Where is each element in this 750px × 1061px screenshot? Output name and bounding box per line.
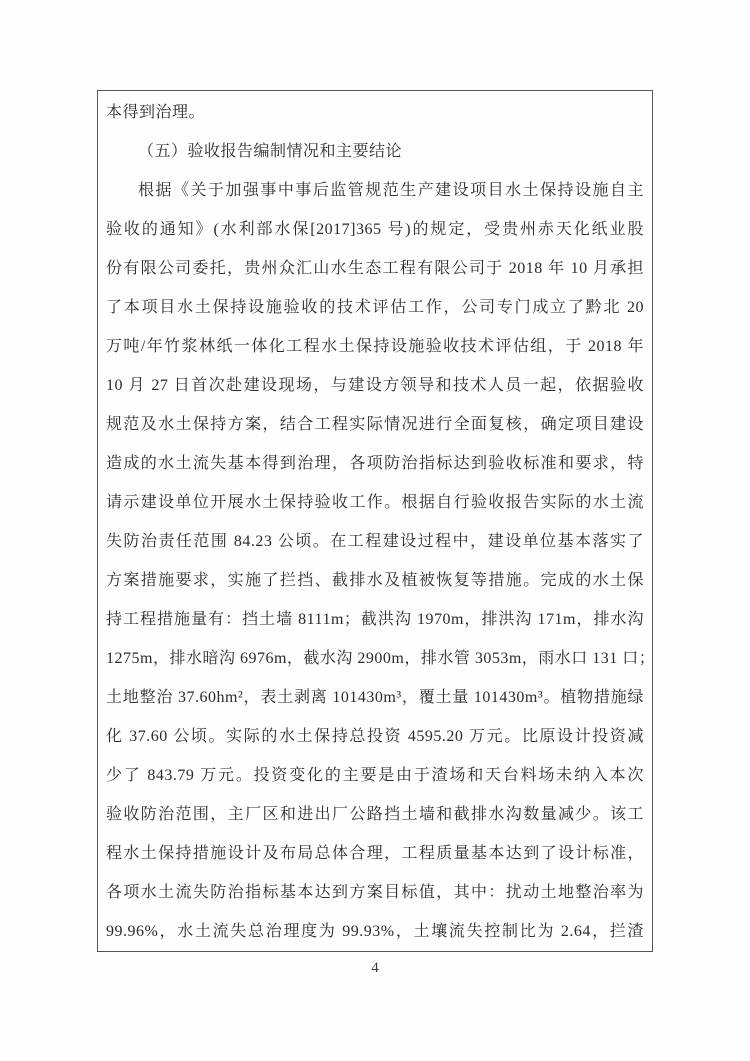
text-line: 万吨/年竹浆林纸一体化工程水土保持设施验收技术评估组，于 2018 年	[106, 327, 644, 366]
text-line: 验收的通知》(水利部水保[2017]365 号)的规定，受贵州赤天化纸业股	[106, 210, 644, 249]
text-line: 持工程措施量有：挡土墙 8111m；截洪沟 1970m，排洪沟 171m，排水沟	[106, 600, 644, 639]
text-line: 土地整治 37.60hm²，表土剥离 101430m³，覆土量 101430m³…	[106, 678, 644, 717]
text-line: 规范及水土保持方案，结合工程实际情况进行全面复核，确定项目建设	[106, 405, 644, 444]
text-line: 造成的水土流失基本得到治理，各项防治指标达到验收标准和要求，特	[106, 444, 644, 483]
text-line: 失防治责任范围 84.23 公顷。在工程建设过程中，建设单位基本落实了	[106, 522, 644, 561]
text-line: 根据《关于加强事中事后监管规范生产建设项目水土保持设施自主	[106, 171, 644, 210]
page-number: 4	[0, 960, 750, 977]
text-line: 了本项目水土保持设施验收的技术评估工作，公司专门成立了黔北 20	[106, 288, 644, 327]
text-border-frame: 本得到治理。 （五）验收报告编制情况和主要结论 根据《关于加强事中事后监管规范生…	[97, 90, 653, 952]
text-line: 各项水土流失防治指标基本达到方案目标值，其中：扰动土地整治率为	[106, 873, 644, 912]
text-line: 请示建设单位开展水土保持验收工作。根据自行验收报告实际的水土流	[106, 483, 644, 522]
text-line: 10 月 27 日首次赴建设现场，与建设方领导和技术人员一起，依据验收	[106, 366, 644, 405]
text-line: 验收防治范围，主厂区和进出厂公路挡土墙和截排水沟数量减少。该工	[106, 795, 644, 834]
text-line: 化 37.60 公顷。实际的水土保持总投资 4595.20 万元。比原设计投资减	[106, 717, 644, 756]
text-line: 方案措施要求，实施了拦挡、截排水及植被恢复等措施。完成的水土保	[106, 561, 644, 600]
text-line: 1275m，排水暗沟 6976m，截水沟 2900m，排水管 3053m，雨水口…	[106, 639, 644, 678]
text-line: 99.96%，水土流失总治理度为 99.93%，土壤流失控制比为 2.64，拦渣	[106, 912, 644, 951]
text-line: 程水土保持措施设计及布局总体合理，工程质量基本达到了设计标准，	[106, 834, 644, 873]
document-page: 本得到治理。 （五）验收报告编制情况和主要结论 根据《关于加强事中事后监管规范生…	[0, 0, 750, 1061]
text-line: 份有限公司委托，贵州众汇山水生态工程有限公司于 2018 年 10 月承担	[106, 249, 644, 288]
section-heading: （五）验收报告编制情况和主要结论	[106, 132, 644, 171]
text-line: 少了 843.79 万元。投资变化的主要是由于渣场和天台料场未纳入本次	[106, 756, 644, 795]
text-line: 本得到治理。	[106, 93, 644, 132]
